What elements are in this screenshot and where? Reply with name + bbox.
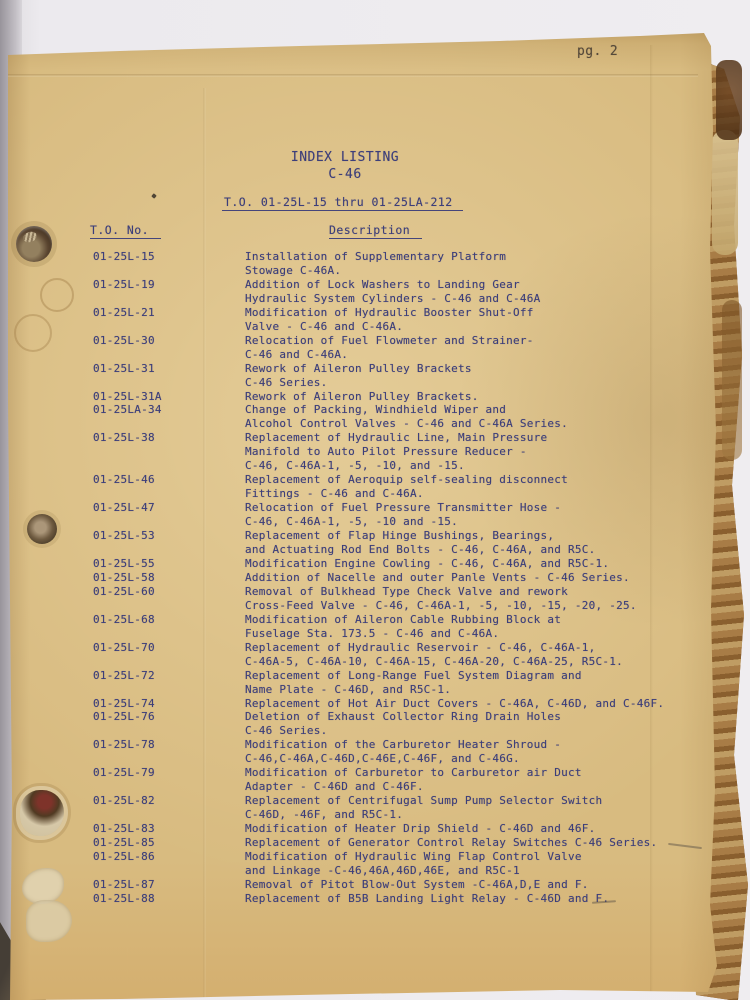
description-cell: Installation of Supplementary Platform S… <box>245 250 693 278</box>
table-row: 01-25L-78Modification of the Carburetor … <box>93 738 693 766</box>
page-content: pg. 2 INDEX LISTING C-46 T.O. 01-25L-15 … <box>0 0 750 1000</box>
to-range-text: T.O. 01-25L-15 thru 01-25LA-212 <box>222 195 463 211</box>
table-row: 01-25L-46Replacement of Aeroquip self-se… <box>93 473 693 501</box>
description-cell: Modification Engine Cowling - C-46, C-46… <box>245 557 693 571</box>
column-header-description: Description <box>329 223 422 239</box>
to-number-cell: 01-25L-83 <box>93 822 245 836</box>
description-cell: Modification of Hydraulic Booster Shut-O… <box>245 306 693 334</box>
to-number-cell: 01-25L-58 <box>93 571 245 585</box>
to-number-cell: 01-25L-82 <box>93 794 245 822</box>
table-row: 01-25L-70Replacement of Hydraulic Reserv… <box>93 641 693 669</box>
table-row: 01-25L-38Replacement of Hydraulic Line, … <box>93 431 693 473</box>
table-row: 01-25L-79Modification of Carburetor to C… <box>93 766 693 794</box>
description-cell: Replacement of Long-Range Fuel System Di… <box>245 669 693 697</box>
page-number: pg. 2 <box>577 44 618 59</box>
to-number-cell: 01-25L-85 <box>93 836 245 850</box>
to-number-cell: 01-25L-21 <box>93 306 245 334</box>
title-line-2: C-46 <box>240 166 450 183</box>
table-row: 01-25L-15Installation of Supplementary P… <box>93 250 693 278</box>
to-number-cell: 01-25L-31 <box>93 362 245 390</box>
description-cell: Change of Packing, Windhield Wiper and A… <box>245 403 693 431</box>
table-row: 01-25L-83Modification of Heater Drip Shi… <box>93 822 693 836</box>
to-number-cell: 01-25L-55 <box>93 557 245 571</box>
table-row: 01-25L-19Addition of Lock Washers to Lan… <box>93 278 693 306</box>
table-row: 01-25L-72Replacement of Long-Range Fuel … <box>93 669 693 697</box>
description-cell: Relocation of Fuel Pressure Transmitter … <box>245 501 693 529</box>
table-row: 01-25L-87Removal of Pitot Blow-Out Syste… <box>93 878 693 892</box>
description-cell: Replacement of Generator Control Relay S… <box>245 836 693 850</box>
to-number-cell: 01-25L-78 <box>93 738 245 766</box>
to-number-cell: 01-25LA-34 <box>93 403 245 431</box>
description-cell: Modification of Carburetor to Carburetor… <box>245 766 693 794</box>
to-number-cell: 01-25L-15 <box>93 250 245 278</box>
to-number-cell: 01-25L-68 <box>93 613 245 641</box>
table-row: 01-25L-82Replacement of Centrifugal Sump… <box>93 794 693 822</box>
description-cell: Replacement of Aeroquip self-sealing dis… <box>245 473 693 501</box>
to-number-cell: 01-25L-30 <box>93 334 245 362</box>
description-cell: Replacement of Flap Hinge Bushings, Bear… <box>245 529 693 557</box>
description-cell: Modification of Heater Drip Shield - C-4… <box>245 822 693 836</box>
to-number-cell: 01-25L-87 <box>93 878 245 892</box>
description-cell: Removal of Pitot Blow-Out System -C-46A,… <box>245 878 693 892</box>
to-number-cell: 01-25L-47 <box>93 501 245 529</box>
to-number-cell: 01-25L-46 <box>93 473 245 501</box>
description-cell: Removal of Bulkhead Type Check Valve and… <box>245 585 693 613</box>
table-row: 01-25L-88Replacement of B5B Landing Ligh… <box>93 892 693 906</box>
to-number-cell: 01-25L-70 <box>93 641 245 669</box>
description-cell: Modification of the Carburetor Heater Sh… <box>245 738 693 766</box>
to-number-cell: 01-25L-38 <box>93 431 245 473</box>
description-cell: Deletion of Exhaust Collector Ring Drain… <box>245 710 693 738</box>
table-row: 01-25L-47Relocation of Fuel Pressure Tra… <box>93 501 693 529</box>
table-row: 01-25L-74Replacement of Hot Air Duct Cov… <box>93 697 693 711</box>
description-cell: Replacement of Centrifugal Sump Pump Sel… <box>245 794 693 822</box>
table-row: 01-25L-31ARework of Aileron Pulley Brack… <box>93 390 693 404</box>
description-cell: Replacement of Hot Air Duct Covers - C-4… <box>245 697 693 711</box>
table-row: 01-25L-86Modification of Hydraulic Wing … <box>93 850 693 878</box>
table-row: 01-25L-30Relocation of Fuel Flowmeter an… <box>93 334 693 362</box>
to-number-cell: 01-25L-53 <box>93 529 245 557</box>
to-number-cell: 01-25L-86 <box>93 850 245 878</box>
to-number-cell: 01-25L-79 <box>93 766 245 794</box>
to-number-cell: 01-25L-19 <box>93 278 245 306</box>
description-cell: Addition of Nacelle and outer Panle Vent… <box>245 571 693 585</box>
table-row: 01-25L-31Rework of Aileron Pulley Bracke… <box>93 362 693 390</box>
table-row: 01-25L-55Modification Engine Cowling - C… <box>93 557 693 571</box>
table-row: 01-25L-68Modification of Aileron Cable R… <box>93 613 693 641</box>
to-number-cell: 01-25L-60 <box>93 585 245 613</box>
table-row: 01-25L-76Deletion of Exhaust Collector R… <box>93 710 693 738</box>
description-cell: Addition of Lock Washers to Landing Gear… <box>245 278 693 306</box>
description-cell: Rework of Aileron Pulley Brackets. <box>245 390 693 404</box>
description-header-text: Description <box>329 223 422 239</box>
photo-scene: pg. 2 INDEX LISTING C-46 T.O. 01-25L-15 … <box>0 0 750 1000</box>
description-cell: Modification of Hydraulic Wing Flap Cont… <box>245 850 693 878</box>
description-cell: Replacement of Hydraulic Line, Main Pres… <box>245 431 693 473</box>
to-range-heading: T.O. 01-25L-15 thru 01-25LA-212 <box>222 195 463 211</box>
to-number-cell: 01-25L-76 <box>93 710 245 738</box>
description-cell: Relocation of Fuel Flowmeter and Straine… <box>245 334 693 362</box>
ink-speck <box>151 193 157 199</box>
to-number-cell: 01-25L-88 <box>93 892 245 906</box>
to-no-header-text: T.O. No. <box>90 223 161 239</box>
to-number-cell: 01-25L-74 <box>93 697 245 711</box>
description-cell: Rework of Aileron Pulley Brackets C-46 S… <box>245 362 693 390</box>
index-table: 01-25L-15Installation of Supplementary P… <box>93 250 693 906</box>
to-number-cell: 01-25L-72 <box>93 669 245 697</box>
table-row: 01-25LA-34Change of Packing, Windhield W… <box>93 403 693 431</box>
to-number-cell: 01-25L-31A <box>93 390 245 404</box>
description-cell: Replacement of Hydraulic Reservoir - C-4… <box>245 641 693 669</box>
table-row: 01-25L-60Removal of Bulkhead Type Check … <box>93 585 693 613</box>
table-row: 01-25L-85Replacement of Generator Contro… <box>93 836 693 850</box>
description-cell: Modification of Aileron Cable Rubbing Bl… <box>245 613 693 641</box>
table-row: 01-25L-21Modification of Hydraulic Boost… <box>93 306 693 334</box>
document-title: INDEX LISTING C-46 <box>240 149 450 183</box>
column-header-to-no: T.O. No. <box>90 223 161 239</box>
description-cell: Replacement of B5B Landing Light Relay -… <box>245 892 693 906</box>
table-row: 01-25L-58Addition of Nacelle and outer P… <box>93 571 693 585</box>
title-line-1: INDEX LISTING <box>240 149 450 166</box>
table-row: 01-25L-53Replacement of Flap Hinge Bushi… <box>93 529 693 557</box>
